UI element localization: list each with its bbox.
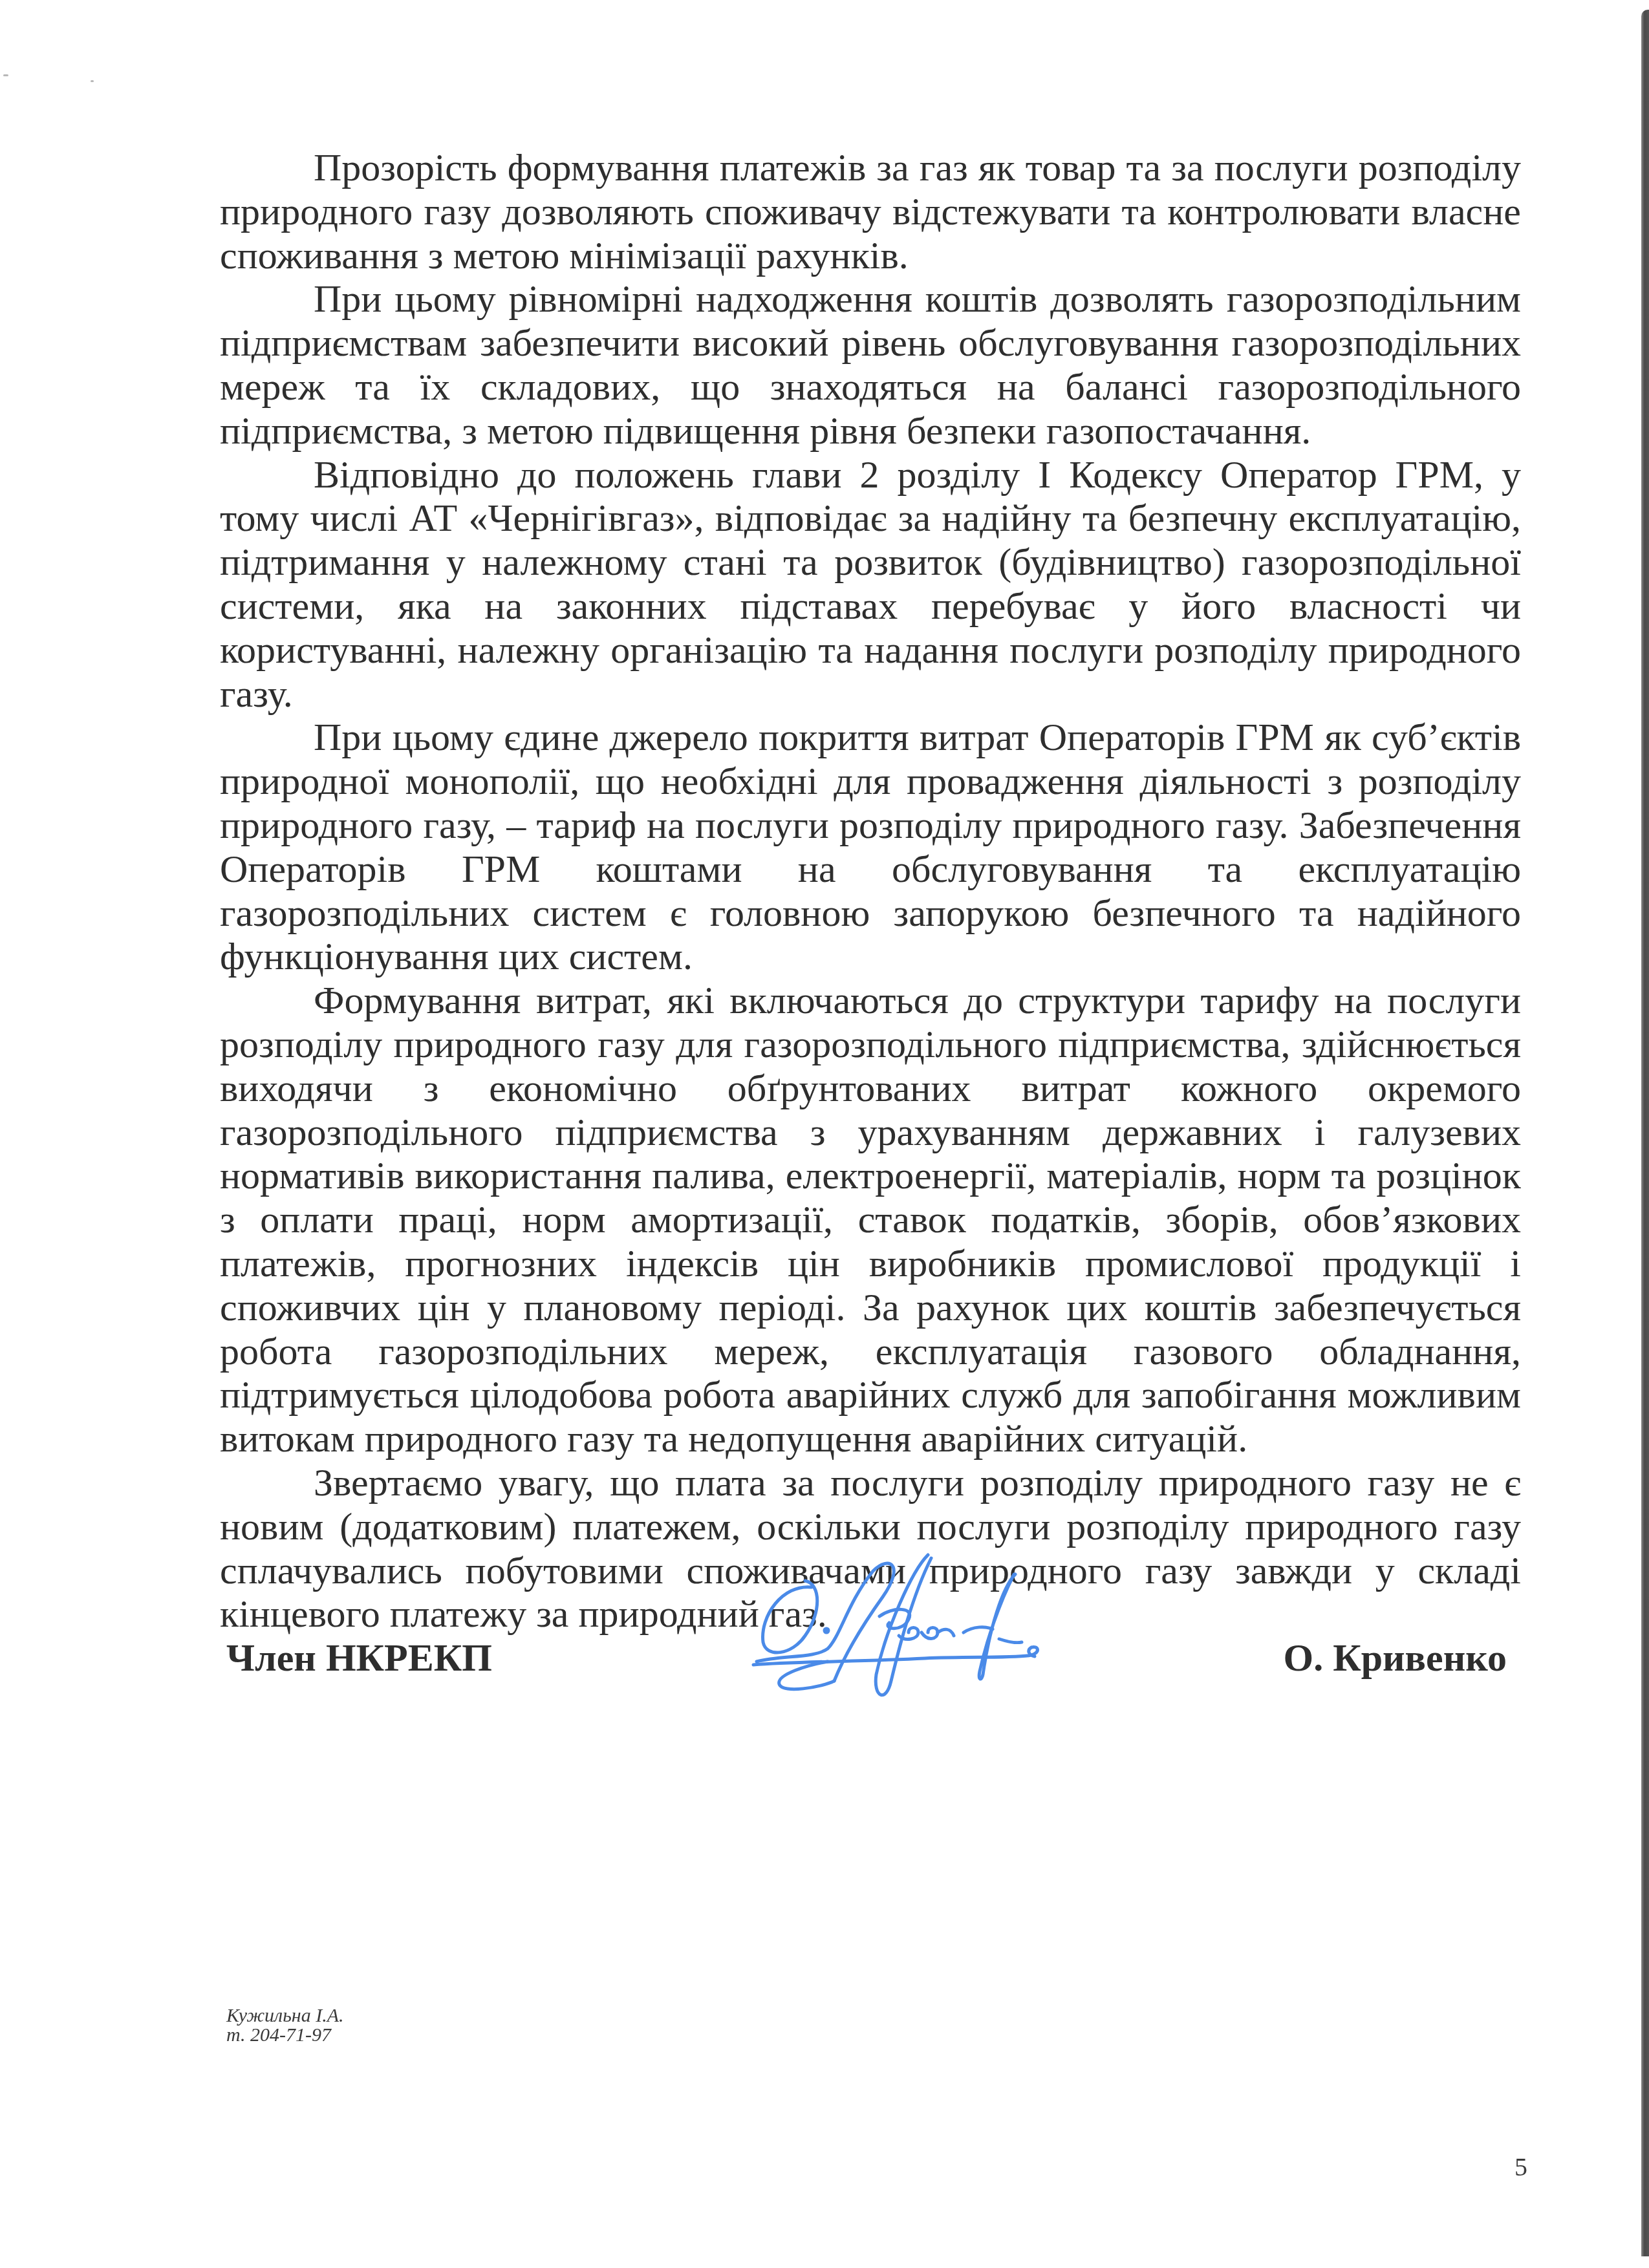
scan-speck [3, 74, 8, 76]
scan-border-edge [1641, 10, 1649, 2256]
executor-phone: т. 204-71-97 [226, 2026, 344, 2045]
handwritten-signature-icon [744, 1552, 1048, 1707]
signer-name: О. Кривенко [1284, 1636, 1507, 1680]
paragraph-cost-formation: Формування витрат, які включаються до ст… [220, 979, 1521, 1461]
signer-position: Член НКРЕКП [226, 1636, 492, 1680]
executor-name: Кужильна І.А. [226, 2006, 344, 2026]
page-number: 5 [1514, 2152, 1527, 2182]
executor-contact: Кужильна І.А. т. 204-71-97 [226, 2006, 344, 2045]
scan-speck [91, 80, 94, 82]
letter-body: Прозорість формування платежів за газ як… [220, 146, 1521, 1636]
paragraph-code-obligations: Відповідно до положень глави 2 розділу І… [220, 453, 1521, 716]
paragraph-transparency: Прозорість формування платежів за газ як… [220, 146, 1521, 277]
paragraph-uniform-revenue: При цьому рівномірні надходження коштів … [220, 277, 1521, 453]
paragraph-tariff-source: При цьому єдине джерело покриття витрат … [220, 716, 1521, 979]
